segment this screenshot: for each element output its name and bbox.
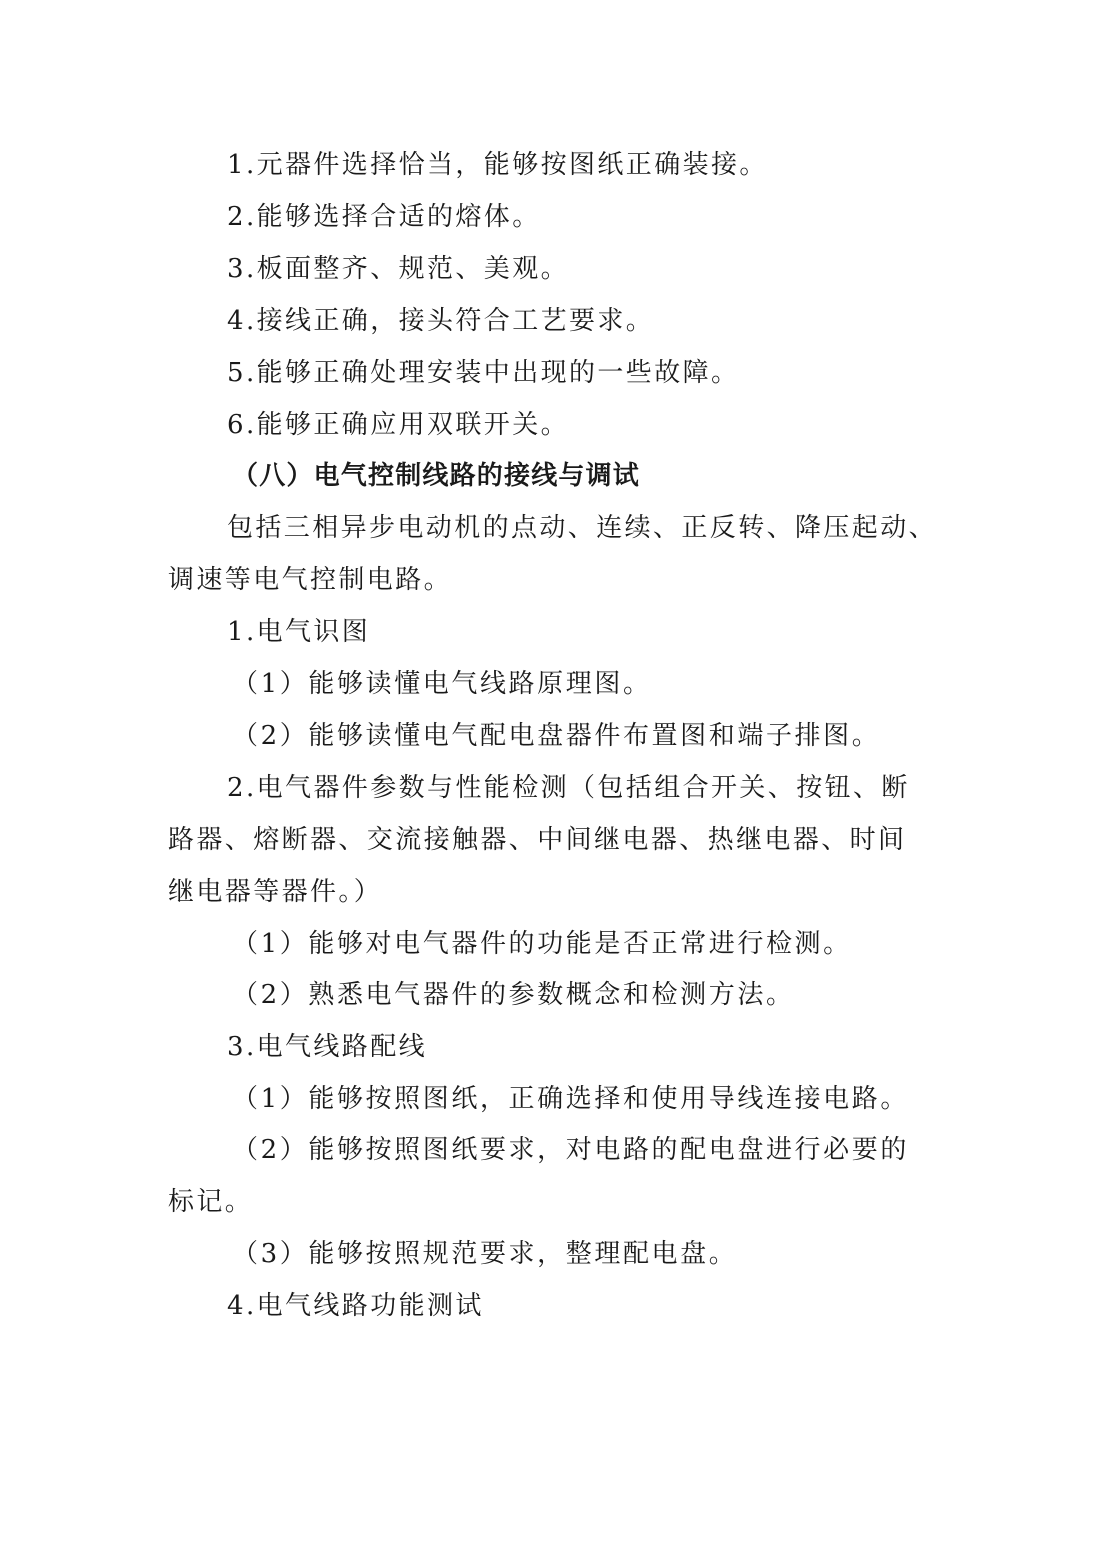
subsection-3-item-3: （3）能够按照规范要求，整理配电盘。 <box>232 1234 1012 1274</box>
subsection-3-item-2-line-1: （2）能够按照图纸要求，对电路的配电盘进行必要的 <box>232 1130 1012 1170</box>
subsection-1-title: 1.电气识图 <box>227 612 1007 652</box>
document-page: 1.元器件选择恰当，能够按图纸正确装接。 2.能够选择合适的熔体。 3.板面整齐… <box>0 0 1102 1559</box>
subsection-1-item-2: （2）能够读懂电气配电盘器件布置图和端子排图。 <box>232 716 1012 756</box>
subsection-2-item-1: （1）能够对电气器件的功能是否正常进行检测。 <box>232 924 1012 964</box>
subsection-3-title: 3.电气线路配线 <box>227 1027 1007 1067</box>
section-heading: （八）电气控制线路的接线与调试 <box>232 456 1012 496</box>
subsection-4-title: 4.电气线路功能测试 <box>227 1286 1007 1326</box>
subsection-1-item-1: （1）能够读懂电气线路原理图。 <box>232 664 1012 704</box>
subsection-3-item-1: （1）能够按照图纸，正确选择和使用导线连接电路。 <box>232 1079 1012 1119</box>
list-item-2: 2.能够选择合适的熔体。 <box>227 197 1007 237</box>
subsection-2-title-line-1: 2.电气器件参数与性能检测（包括组合开关、按钮、断 <box>227 768 1007 808</box>
list-item-3: 3.板面整齐、规范、美观。 <box>227 249 1007 289</box>
subsection-2-title-line-3: 继电器等器件。） <box>168 872 948 912</box>
list-item-6: 6.能够正确应用双联开关。 <box>227 405 1007 445</box>
list-item-5: 5.能够正确处理安装中出现的一些故障。 <box>227 353 1007 393</box>
intro-paragraph-line-2: 调速等电气控制电路。 <box>168 560 948 600</box>
list-item-4: 4.接线正确，接头符合工艺要求。 <box>227 301 1007 341</box>
subsection-2-title-line-2: 路器、熔断器、交流接触器、中间继电器、热继电器、时间 <box>168 820 948 860</box>
list-item-1: 1.元器件选择恰当，能够按图纸正确装接。 <box>227 145 1007 185</box>
subsection-2-item-2: （2）熟悉电气器件的参数概念和检测方法。 <box>232 975 1012 1015</box>
subsection-3-item-2-line-2: 标记。 <box>168 1182 948 1222</box>
intro-paragraph-line-1: 包括三相异步电动机的点动、连续、正反转、降压起动、 <box>227 508 1007 548</box>
